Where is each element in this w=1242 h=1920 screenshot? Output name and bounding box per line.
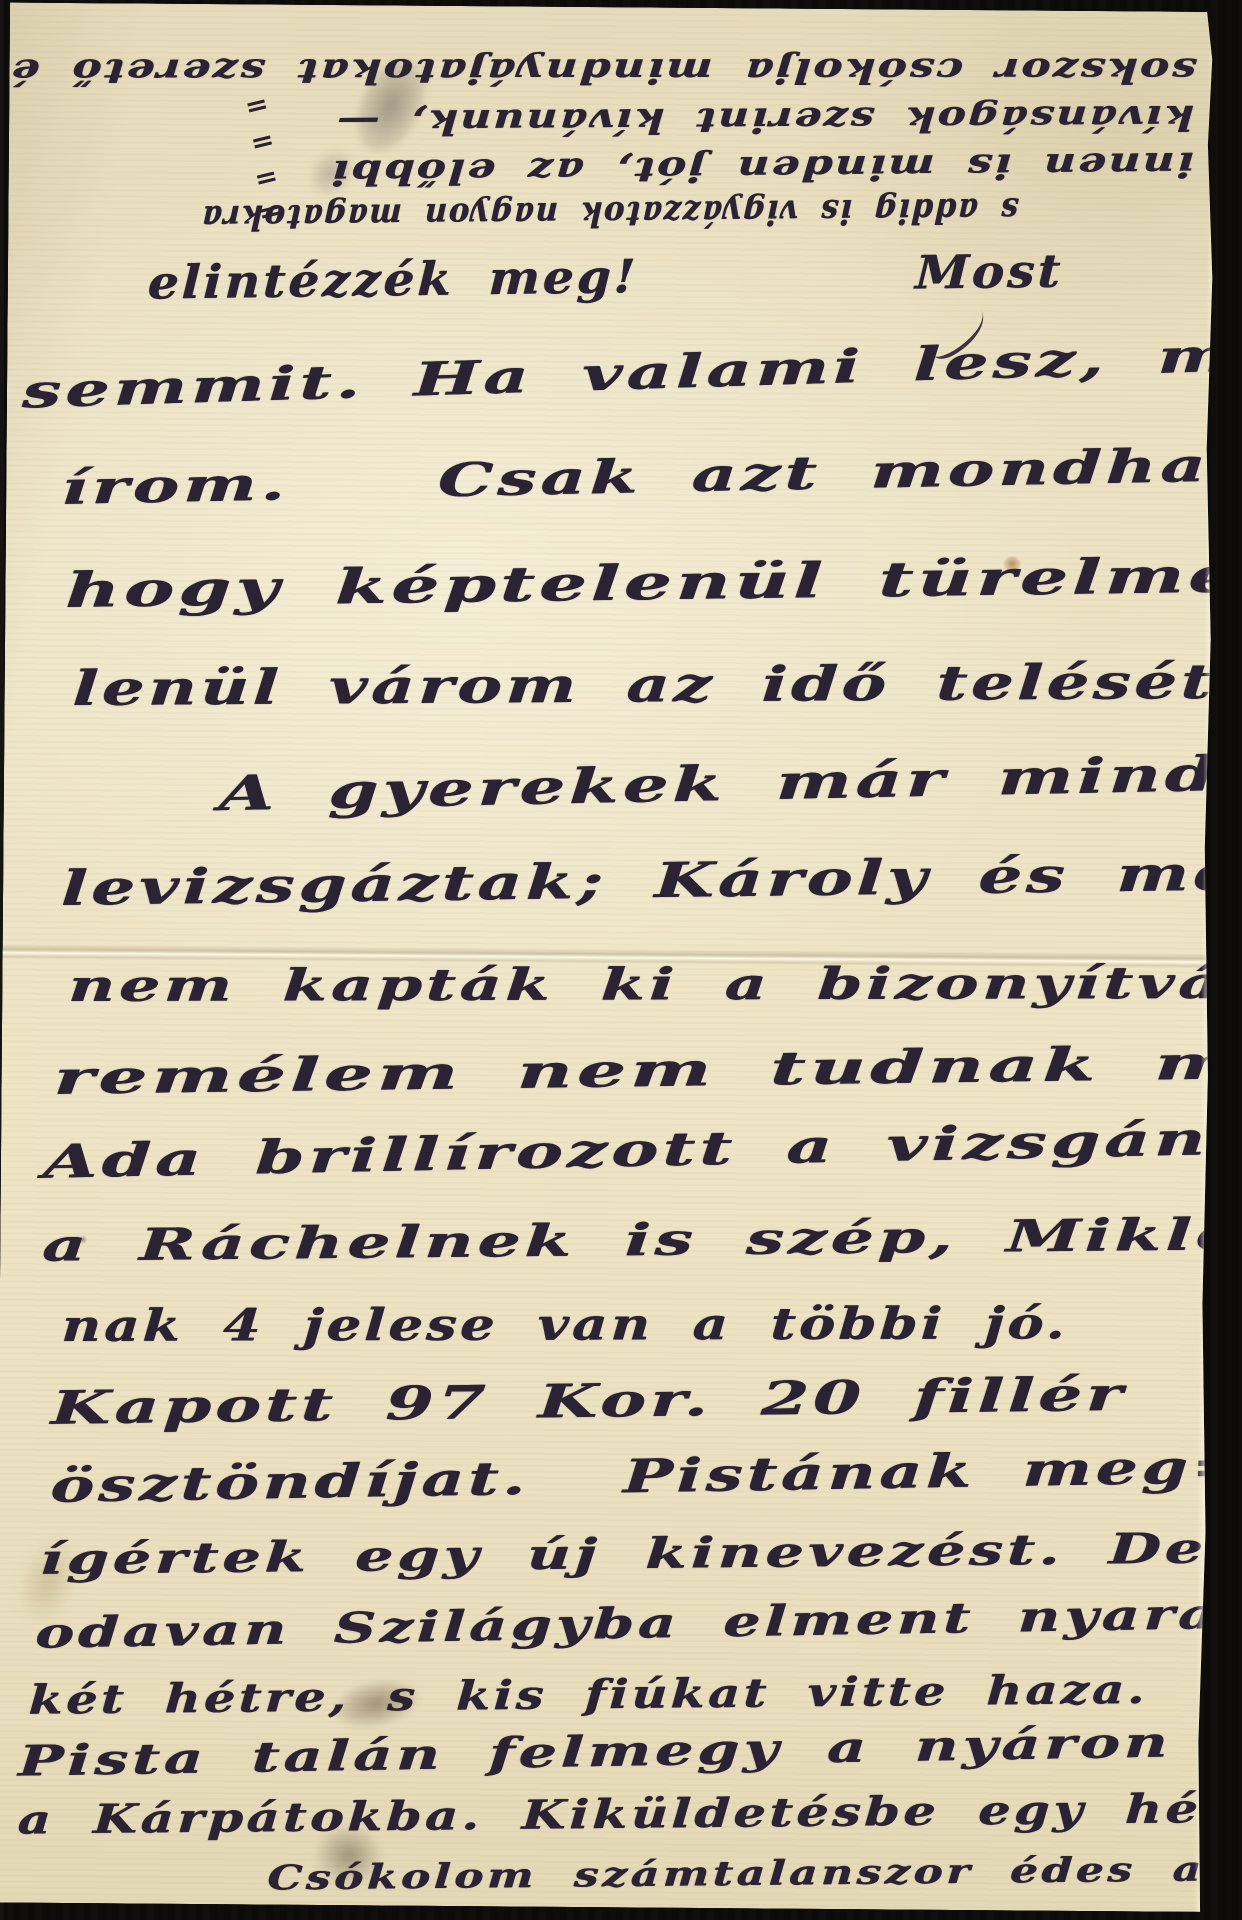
handwritten-line: két hétre, s kis fiúkat vitte haza. [28,1666,1149,1724]
handwritten-line: hogy képtelenül türelmet= [64,546,1242,619]
postscript-line: sokszor csókolja mindnyájatokat szerető … [0,46,1198,94]
handwritten-line: ösztöndíjat. Pistának meg= [49,1439,1242,1513]
handwritten-line: Csókolom számtalanszor édes anyát [266,1848,1242,1898]
handwritten-line: remélem nem tudnak meg. [53,1033,1242,1104]
continuation-marks: ==== [10,3,1218,12]
handwritten-line: írom. Csak azt mondhatom, [60,434,1242,515]
letter-body: elintézzék meg! Mostsemmit. Ha valami le… [10,3,1218,12]
handwritten-line: Ada brillírozott a vizsgán, [42,1111,1239,1189]
postscript-line: kívánságok szerint kívánunk, — [0,93,1195,149]
postscript-rotated-block: s addig is vigyázzatok nagyon magatokrai… [28,29,1215,234]
handwritten-line: Pista talán felmegy a nyáron [17,1717,1172,1785]
letter-paper: s addig is vigyázzatok nagyon magatokrai… [0,3,1218,1912]
handwritten-line: a Ráchelnek is szép, Miklós= [41,1208,1242,1272]
handwritten-line: Kapott 97 Kor. 20 fillér [50,1367,1127,1435]
handwritten-line: nem kapták ki a bizonyítványt [67,958,1242,1012]
handwritten-line: elintézzék meg! Most [147,244,1064,310]
handwritten-line: semmit. Ha valami lesz, meg= [21,323,1242,419]
handwritten-line: lenül várom az idő telését. [71,654,1242,717]
handwritten-line: levizsgáztak; Károly és még [60,845,1242,917]
handwritten-line: ígértek egy új kinevezést. Dezső [39,1522,1242,1583]
handwritten-line: odavan Szilágyba elment nyaralni [34,1587,1242,1657]
handwritten-line: A gyerekek már mind [218,746,1220,822]
photo-background: s addig is vigyázzatok nagyon magatokrai… [0,0,1242,1920]
handwritten-line: a Kárpátokba. Kiküldetésbe egy hétre. [17,1784,1242,1843]
handwritten-line: nak 4 jelese van a többi jó. [60,1298,1069,1352]
